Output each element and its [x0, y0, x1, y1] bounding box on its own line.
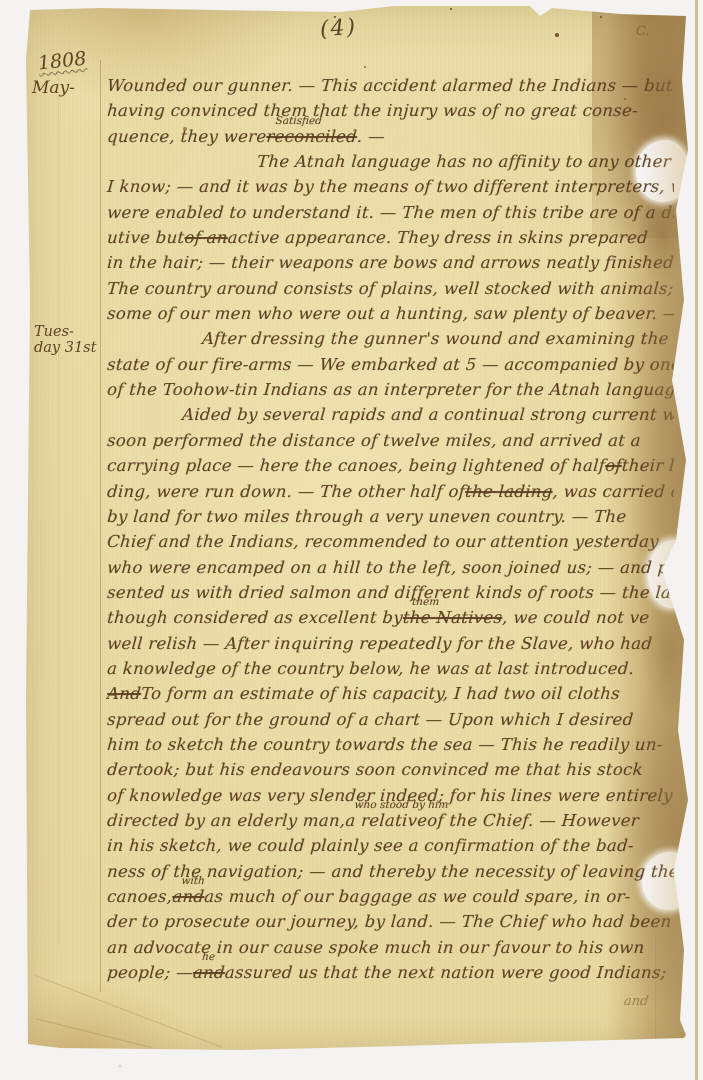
manuscript-line: I know; — and it was by the means of two…	[106, 177, 674, 202]
manuscript-line: who were encamped on a hill to the left,…	[106, 558, 674, 583]
text-segment: To form an estimate of his capacity, I h…	[140, 684, 620, 703]
manuscript-line: The Atnah language has no affinity to an…	[106, 152, 674, 177]
manuscript-line: though considered as excellent by themth…	[106, 608, 674, 633]
manuscript-lines: Wounded our gunner. — This accident alar…	[106, 76, 674, 988]
scanned-manuscript-page: { "sheet": { "page_number": "(4)", "corn…	[0, 0, 703, 1080]
text-segment: Aided by several rapids and a continual …	[181, 405, 674, 424]
margin-month: May-	[32, 78, 75, 98]
manuscript-line: in the hair; — their weapons are bows an…	[106, 253, 674, 278]
text-segment: of the Toohow-tin Indians as an interpre…	[106, 380, 674, 399]
text-segment: spread out for the ground of a chart — U…	[106, 710, 634, 729]
text-segment: state of our fire-arms — We embarked at …	[106, 355, 674, 374]
manuscript-line: were enabled to understand it. — The men…	[106, 203, 674, 228]
text-segment: of the Chief. — However	[427, 811, 640, 830]
manuscript-line: utive but of an active appearance. They …	[106, 228, 674, 253]
binding-edge-line	[695, 0, 698, 1080]
interlinear-insertion: who stood by him	[354, 799, 449, 811]
manuscript-line: After dressing the gunner's wound and ex…	[106, 329, 674, 354]
text-segment: were enabled to understand it. — The men…	[106, 203, 674, 222]
margin-date-line2: day 31st	[34, 340, 96, 356]
manuscript-line: having convinced them that the injury wa…	[106, 101, 674, 126]
text-segment: dertook; but his endeavours soon convinc…	[106, 760, 643, 779]
text-segment: , we could not ve	[502, 608, 650, 627]
manuscript-line: Wounded our gunner. — This accident alar…	[106, 76, 674, 101]
text-segment: of	[605, 456, 623, 475]
text-segment: an advocate in our cause spoke much in o…	[106, 938, 645, 957]
text-segment: der to prosecute our journey, by land. —…	[106, 912, 672, 931]
fold-crease	[35, 1018, 152, 1048]
text-segment: heand	[192, 963, 225, 982]
text-segment: assured us that the next nation were goo…	[224, 963, 667, 982]
text-segment: And	[106, 684, 141, 703]
text-segment: utive but	[106, 228, 185, 247]
manuscript-line: And To form an estimate of his capacity,…	[106, 684, 674, 709]
catchword: and	[623, 994, 649, 1009]
text-segment: who stood by hima relative	[345, 811, 428, 830]
manuscript-line: soon performed the distance of twelve mi…	[106, 431, 674, 456]
manuscript-line: dertook; but his endeavours soon convinc…	[106, 760, 674, 785]
text-segment: carrying place — here the canoes, being …	[106, 456, 605, 475]
manuscript-line: The country around consists of plains, w…	[106, 279, 674, 304]
manuscript-line: Chief and the Indians, recommended to ou…	[106, 532, 674, 557]
text-segment: their loa-	[621, 456, 674, 475]
text-segment: of an	[184, 228, 229, 247]
text-segment: Wounded our gunner. — This accident alar…	[106, 76, 673, 95]
manuscript-line: him to sketch the country towards the se…	[106, 735, 674, 760]
text-segment: having convinced them that the injury wa…	[106, 101, 638, 120]
manuscript-line: well relish — After inquiring repeatedly…	[106, 634, 674, 659]
manuscript-line: state of our fire-arms — We embarked at …	[106, 355, 674, 380]
manuscript-line: Aided by several rapids and a continual …	[106, 405, 674, 430]
text-segment: people; —	[106, 963, 193, 982]
manuscript-line: carrying place — here the canoes, being …	[106, 456, 674, 481]
text-segment: him to sketch the country towards the se…	[106, 735, 663, 754]
text-segment: I know; — and it was by the means of two…	[106, 177, 674, 196]
text-segment: ding, were run down. — The other half of	[106, 482, 465, 501]
margin-date-note: Tues- day 31st	[34, 324, 96, 356]
fold-crease	[58, 66, 59, 946]
text-segment: canoes,	[106, 887, 173, 906]
margin-date-line1: Tues-	[34, 324, 96, 340]
interlinear-insertion: with	[181, 875, 205, 887]
text-segment: themthe Natives	[402, 608, 503, 627]
text-segment: The Atnah language has no affinity to an…	[256, 152, 674, 171]
text-segment: , was carried over	[552, 482, 674, 501]
text-segment: who were encamped on a hill to the left,…	[106, 558, 674, 577]
manuscript-line: spread out for the ground of a chart — U…	[106, 710, 674, 735]
margin-year: 1808	[37, 48, 87, 75]
text-segment: by land for two miles through a very une…	[106, 507, 627, 526]
manuscript-line: directed by an elderly man, who stood by…	[106, 811, 674, 836]
text-segment: After dressing the gunner's wound and ex…	[201, 329, 669, 348]
text-segment: in the hair; — their weapons are bows an…	[106, 253, 674, 272]
text-segment: some of our men who were out a hunting, …	[106, 304, 674, 323]
manuscript-line: sented us with dried salmon and differen…	[106, 583, 674, 608]
manuscript-line: canoes, withand as much of our baggage a…	[106, 887, 674, 912]
text-segment: sented us with dried salmon and differen…	[106, 583, 674, 602]
margin-rule-line	[100, 60, 101, 992]
manuscript-line: an advocate in our cause spoke much in o…	[106, 938, 674, 963]
interlinear-insertion: them	[412, 596, 440, 608]
manuscript-line: quence, they were Satisfiedreconciled. —	[106, 127, 674, 152]
text-segment: well relish — After inquiring repeatedly…	[106, 634, 652, 653]
text-segment: though considered as excellent by	[106, 608, 403, 627]
text-segment: active appearance. They dress in skins p…	[227, 228, 649, 247]
corner-mark: C.	[636, 24, 650, 39]
text-segment: quence, they were	[106, 127, 267, 146]
manuscript-line: people; — heand assured us that the next…	[106, 963, 674, 988]
text-segment: as much of our baggage as we could spare…	[204, 887, 632, 906]
manuscript-line: der to prosecute our journey, by land. —…	[106, 912, 674, 937]
manuscript-line: in his sketch, we could plainly see a co…	[106, 836, 674, 861]
manuscript-line: by land for two miles through a very une…	[106, 507, 674, 532]
page-number: (4)	[319, 15, 358, 43]
text-segment: in his sketch, we could plainly see a co…	[106, 836, 634, 855]
manuscript-line: some of our men who were out a hunting, …	[106, 304, 674, 329]
manuscript-line: ding, were run down. — The other half of…	[106, 482, 674, 507]
text-segment: withand	[172, 887, 205, 906]
interlinear-insertion: he	[202, 951, 216, 963]
text-segment: directed by an elderly man,	[106, 811, 346, 830]
text-segment: . —	[356, 127, 385, 146]
interlinear-insertion: Satisfied	[275, 115, 322, 127]
manuscript-line: of the Toohow-tin Indians as an interpre…	[106, 380, 674, 405]
manuscript-line: a knowledge of the country below, he was…	[106, 659, 674, 684]
text-segment: a knowledge of the country below, he was…	[106, 659, 634, 678]
text-segment: The country around consists of plains, w…	[106, 279, 674, 298]
text-segment: the lading	[464, 482, 553, 501]
text-segment: Chief and the Indians, recommended to ou…	[106, 532, 659, 551]
text-segment: soon performed the distance of twelve mi…	[106, 431, 641, 450]
text-segment: Satisfiedreconciled	[266, 127, 358, 146]
manuscript-paper: (4) C. 1808 May- Tues- day 31st Wounded …	[24, 6, 688, 1052]
